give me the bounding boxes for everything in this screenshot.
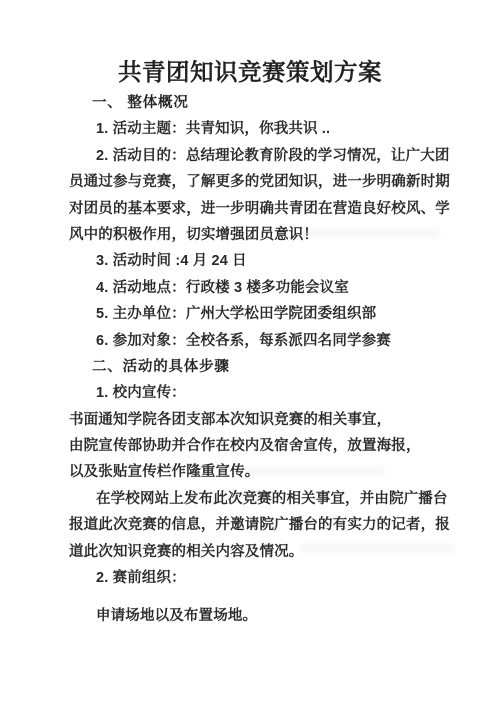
line-participants: 6. 参加对象：全校各系，每系派四名同学参赛 bbox=[0, 328, 500, 354]
line-activity-purpose-cont-1: 员通过参与竞赛，了解更多的党团知识，进一步明确新时期 bbox=[0, 169, 500, 195]
line-website-announcement: 在学校网站上发布此次竞赛的相关事宜，并由院广播台 bbox=[0, 486, 500, 512]
line-organizer: 5. 主办单位：广州大学松田学院团委组织部 bbox=[0, 301, 500, 327]
line-promotion-posters: 由院宣传部协助并合作在校内及宿舍宣传，放置海报， bbox=[0, 433, 500, 459]
scan-artifact bbox=[300, 229, 440, 238]
line-pre-competition: 2. 赛前组织： bbox=[0, 565, 500, 591]
document-title: 共青团知识竞赛策划方案 bbox=[0, 54, 500, 90]
section-1-heading: 一、 整体概况 bbox=[0, 90, 500, 116]
line-activity-time: 3. 活动时间 :4 月 24 日 bbox=[0, 248, 500, 274]
scan-artifact bbox=[235, 467, 385, 476]
line-activity-theme: 1. 活动主题：共青知识，你我共识 .. bbox=[0, 116, 500, 142]
document-page: 共青团知识竞赛策划方案 一、 整体概况 1. 活动主题：共青知识，你我共识 ..… bbox=[0, 0, 500, 708]
line-activity-location: 4. 活动地点：行政楼 3 楼多功能会议室 bbox=[0, 275, 500, 301]
line-activity-purpose-cont-2: 对团员的基本要求，进一步明确共青团在营造良好校风、学 bbox=[0, 196, 500, 222]
section-2-heading: 二、活动的具体步骤 bbox=[0, 354, 500, 380]
line-broadcast-report-1: 报道此次竞赛的信息，并邀请院广播台的有实力的记者，报 bbox=[0, 512, 500, 538]
line-campus-promotion: 1. 校内宣传： bbox=[0, 380, 500, 406]
line-activity-purpose: 2. 活动目的：总结理论教育阶段的学习情况，让广大团 bbox=[0, 143, 500, 169]
scan-artifact bbox=[300, 544, 455, 553]
line-venue-setup: 申请场地以及布置场地。 bbox=[0, 603, 500, 629]
line-promotion-notice: 书面通知学院各团支部本次知识竞赛的相关事宜， bbox=[0, 407, 500, 433]
blank-line bbox=[0, 591, 500, 603]
